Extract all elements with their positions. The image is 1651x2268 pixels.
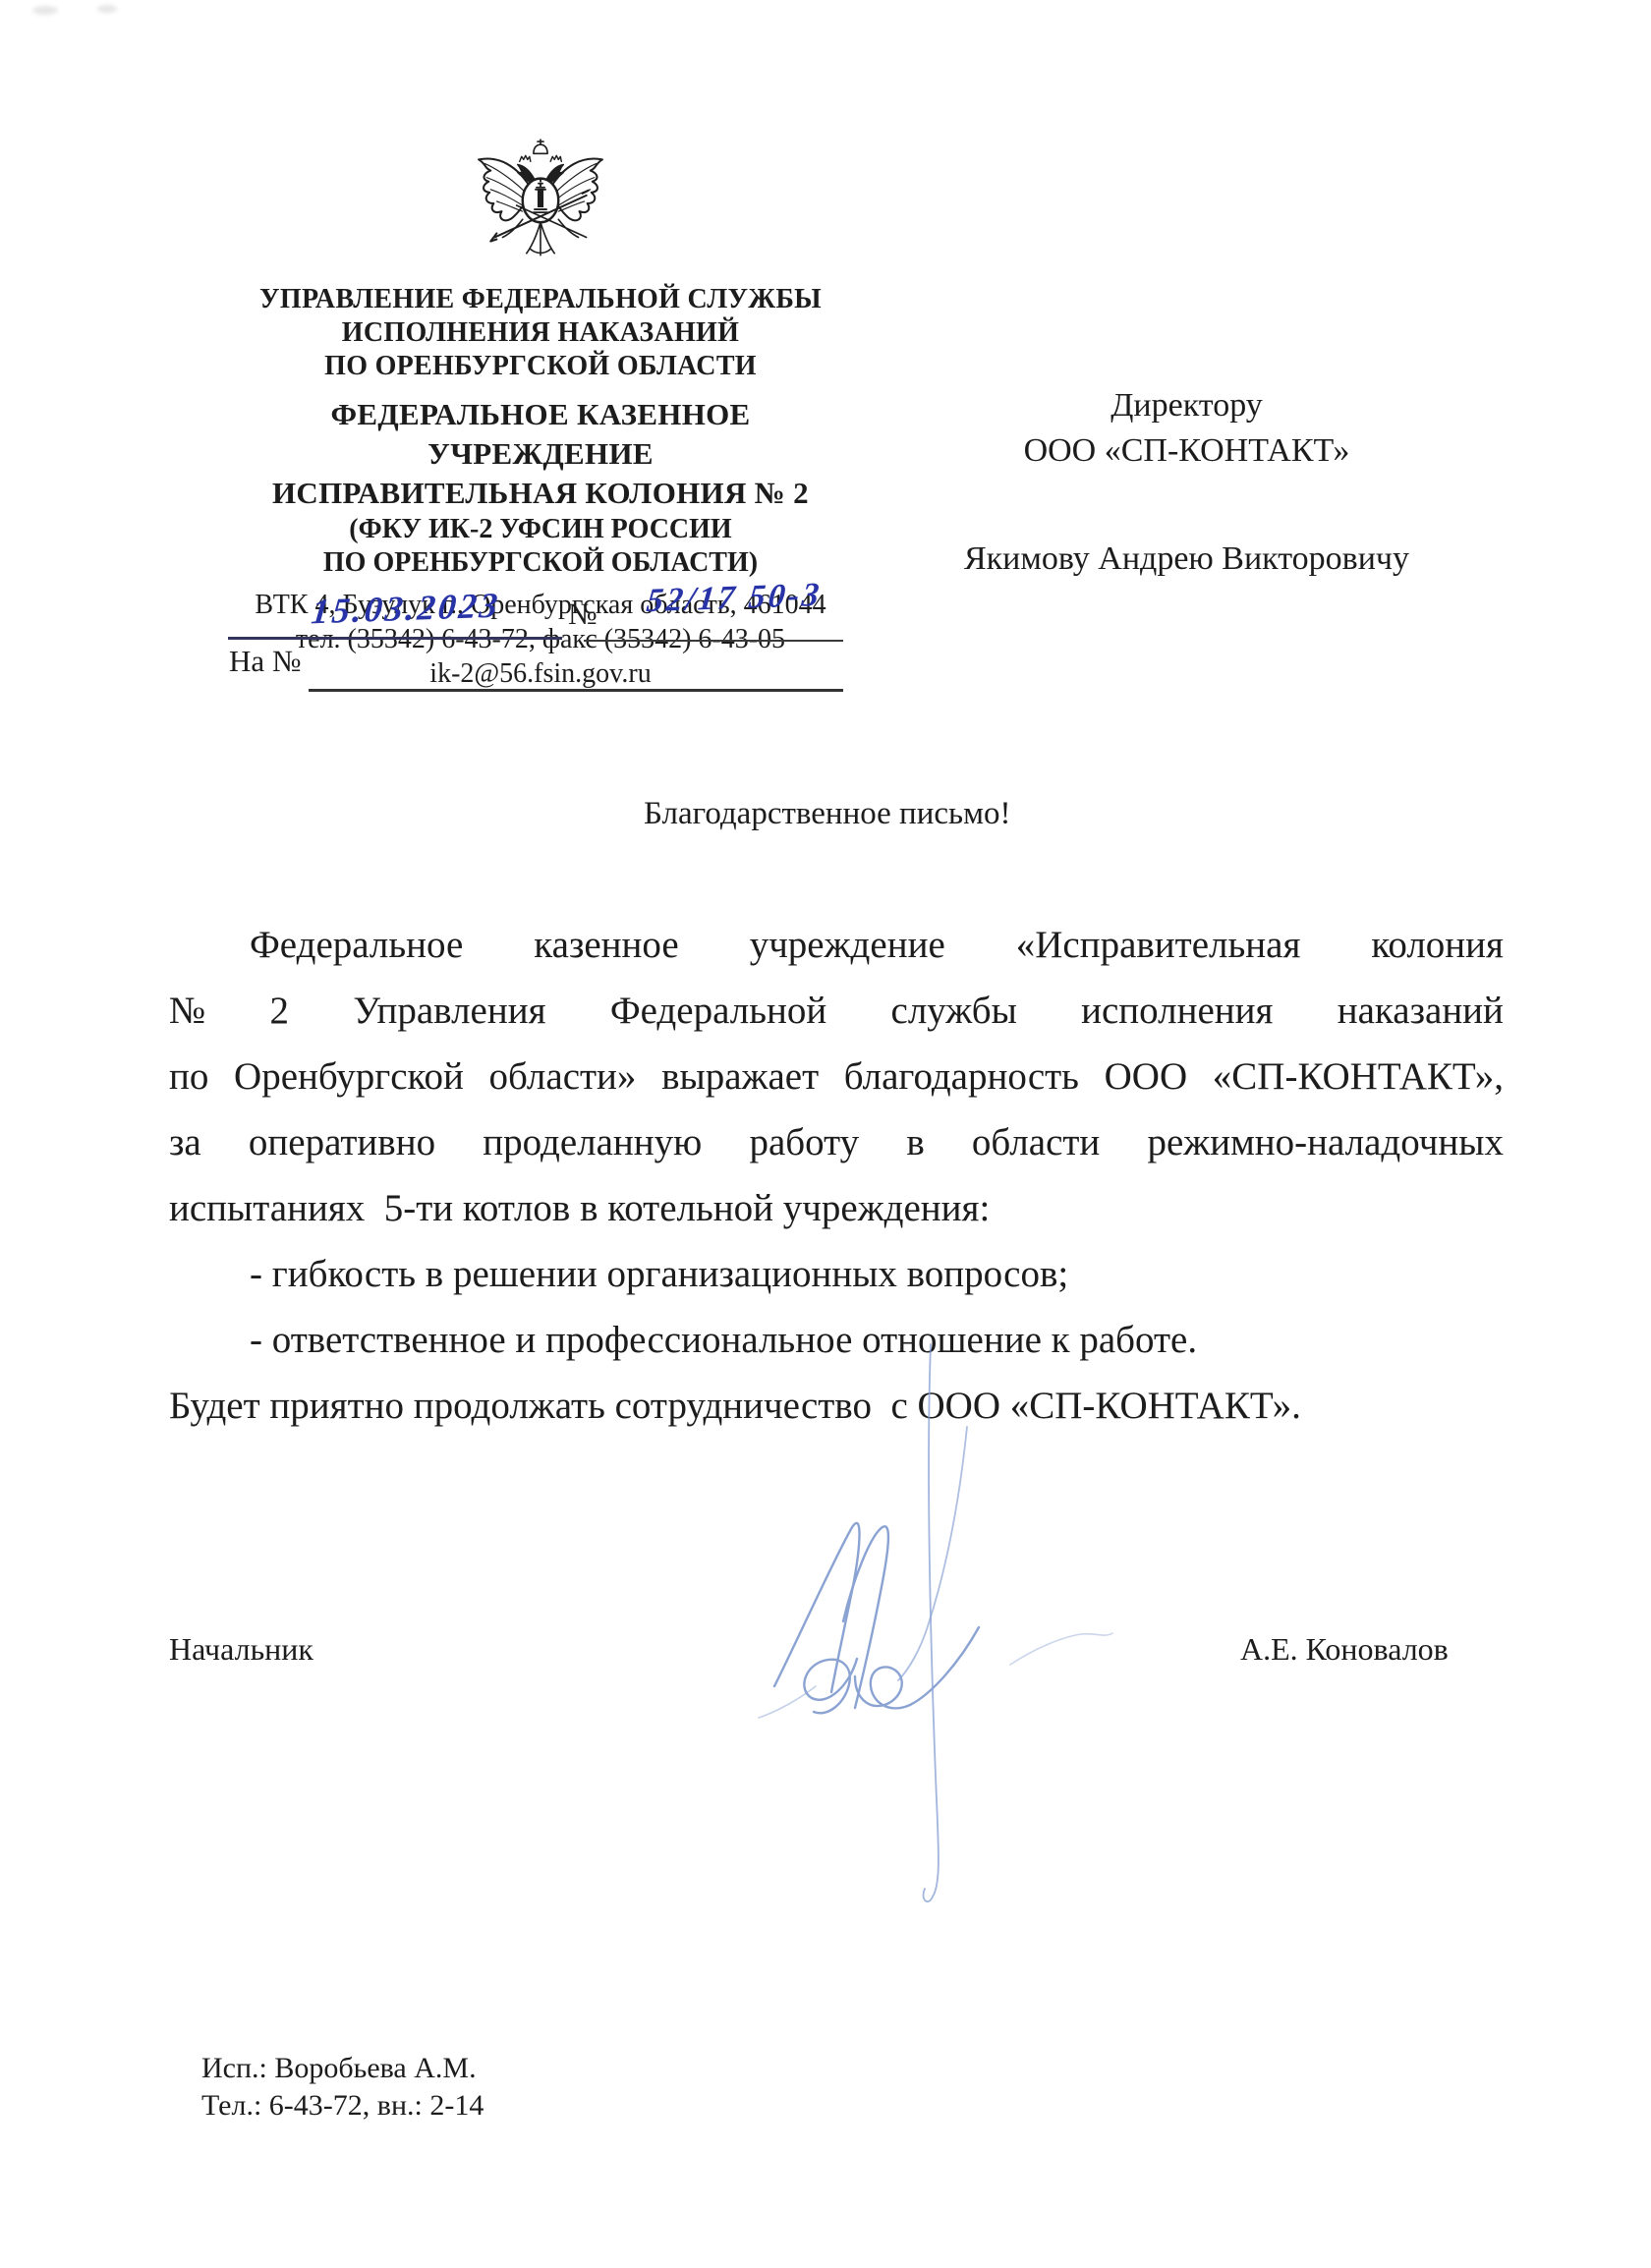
institution-name-line: ИСПРАВИТЕЛЬНАЯ КОЛОНИЯ № 2 xyxy=(236,474,845,513)
recipient-person-name: Якимову Андрею Викторовичу xyxy=(914,540,1459,578)
body-word: области xyxy=(972,1109,1100,1175)
body-paragraph: Федеральноеказенноеучреждение«Исправител… xyxy=(169,912,1504,1439)
body-word: «Исправительная xyxy=(1016,912,1301,978)
body-line: - ответственное и профессиональное отнош… xyxy=(169,1307,1504,1373)
email-address: ik-2@56.fsin.gov.ru xyxy=(236,656,845,691)
body-word: Федеральной xyxy=(610,978,826,1044)
body-word: службы xyxy=(891,978,1017,1044)
body-word: 2 xyxy=(270,978,290,1044)
body-line: поОренбургскойобласти»выражаетблагодарно… xyxy=(169,1044,1504,1109)
executor-line: Исп.: Воробьева А.М. xyxy=(201,2050,484,2087)
org-name-line: ПО ОРЕНБУРГСКОЙ ОБЛАСТИ xyxy=(236,350,845,383)
body-word: исполнения xyxy=(1081,978,1273,1044)
recipient-company: ООО «СП-КОНТАКТ» xyxy=(919,428,1454,474)
body-word: «СП-КОНТАКТ», xyxy=(1213,1044,1504,1109)
body-word: оперативно xyxy=(249,1109,435,1175)
body-word: режимно-наладочных xyxy=(1147,1109,1503,1175)
scan-artifact xyxy=(32,6,58,15)
body-word: учреждение xyxy=(750,912,945,978)
body-word: работу xyxy=(749,1109,859,1175)
reply-to-underline xyxy=(309,689,843,692)
number-underline xyxy=(584,640,843,642)
body-word: проделанную xyxy=(483,1109,702,1175)
body-word: области» xyxy=(489,1044,637,1109)
body-line: Федеральноеказенноеучреждение«Исправител… xyxy=(169,912,1504,978)
body-word: казенное xyxy=(534,912,678,978)
body-word: за xyxy=(169,1109,201,1175)
signer-name: А.Е. Коновалов xyxy=(1240,1631,1449,1668)
institution-name-line: ФЕДЕРАЛЬНОЕ КАЗЕННОЕ УЧРЕЖДЕНИЕ xyxy=(236,395,845,474)
scanned-letter-page: УПРАВЛЕНИЕ ФЕДЕРАЛЬНОЙ СЛУЖБЫ ИСПОЛНЕНИЯ… xyxy=(0,0,1651,2268)
scan-artifact xyxy=(97,5,117,13)
body-word: № xyxy=(169,978,205,1044)
number-sign-label: № xyxy=(568,596,598,632)
body-line: Будет приятно продолжать сотрудничество … xyxy=(169,1373,1504,1439)
body-word: Управления xyxy=(353,978,545,1044)
footer-block: Исп.: Воробьева А.М. Тел.: 6-43-72, вн.:… xyxy=(201,2050,484,2125)
executor-phone-line: Тел.: 6-43-72, вн.: 2-14 xyxy=(201,2087,484,2125)
date-underline xyxy=(228,637,562,640)
body-word: благодарность xyxy=(844,1044,1079,1109)
body-word: колония xyxy=(1371,912,1504,978)
reply-to-label: На № xyxy=(229,644,301,679)
recipient-position: Директору xyxy=(919,383,1454,428)
institution-abbr-line: (ФКУ ИК-2 УФСИН РОССИИ xyxy=(236,513,845,546)
body-word: наказаний xyxy=(1338,978,1504,1044)
org-name-line: ИСПОЛНЕНИЯ НАКАЗАНИЙ xyxy=(236,316,845,350)
fsin-eagle-emblem-icon xyxy=(471,138,610,269)
body-word: Оренбургской xyxy=(234,1044,464,1109)
org-name-line: УПРАВЛЕНИЕ ФЕДЕРАЛЬНОЙ СЛУЖБЫ xyxy=(236,283,845,316)
signer-position: Начальник xyxy=(169,1631,313,1668)
body-line: №2УправленияФедеральнойслужбыисполнениян… xyxy=(169,978,1504,1044)
body-line: испытаниях 5-ти котлов в котельной учреж… xyxy=(169,1175,1504,1241)
body-word: по xyxy=(169,1044,208,1109)
body-word: выражает xyxy=(661,1044,819,1109)
body-line: заоперативнопроделаннуюработувобластиреж… xyxy=(169,1109,1504,1175)
body-word: Федеральное xyxy=(250,912,463,978)
body-word: в xyxy=(906,1109,924,1175)
letter-title: Благодарственное письмо! xyxy=(644,796,1010,832)
body-line: - гибкость в решении организационных воп… xyxy=(169,1241,1504,1307)
body-word: ООО xyxy=(1105,1044,1188,1109)
institution-abbr-line: ПО ОРЕНБУРГСКОЙ ОБЛАСТИ) xyxy=(236,546,845,580)
recipient-block: Директору ООО «СП-КОНТАКТ» xyxy=(919,383,1454,474)
